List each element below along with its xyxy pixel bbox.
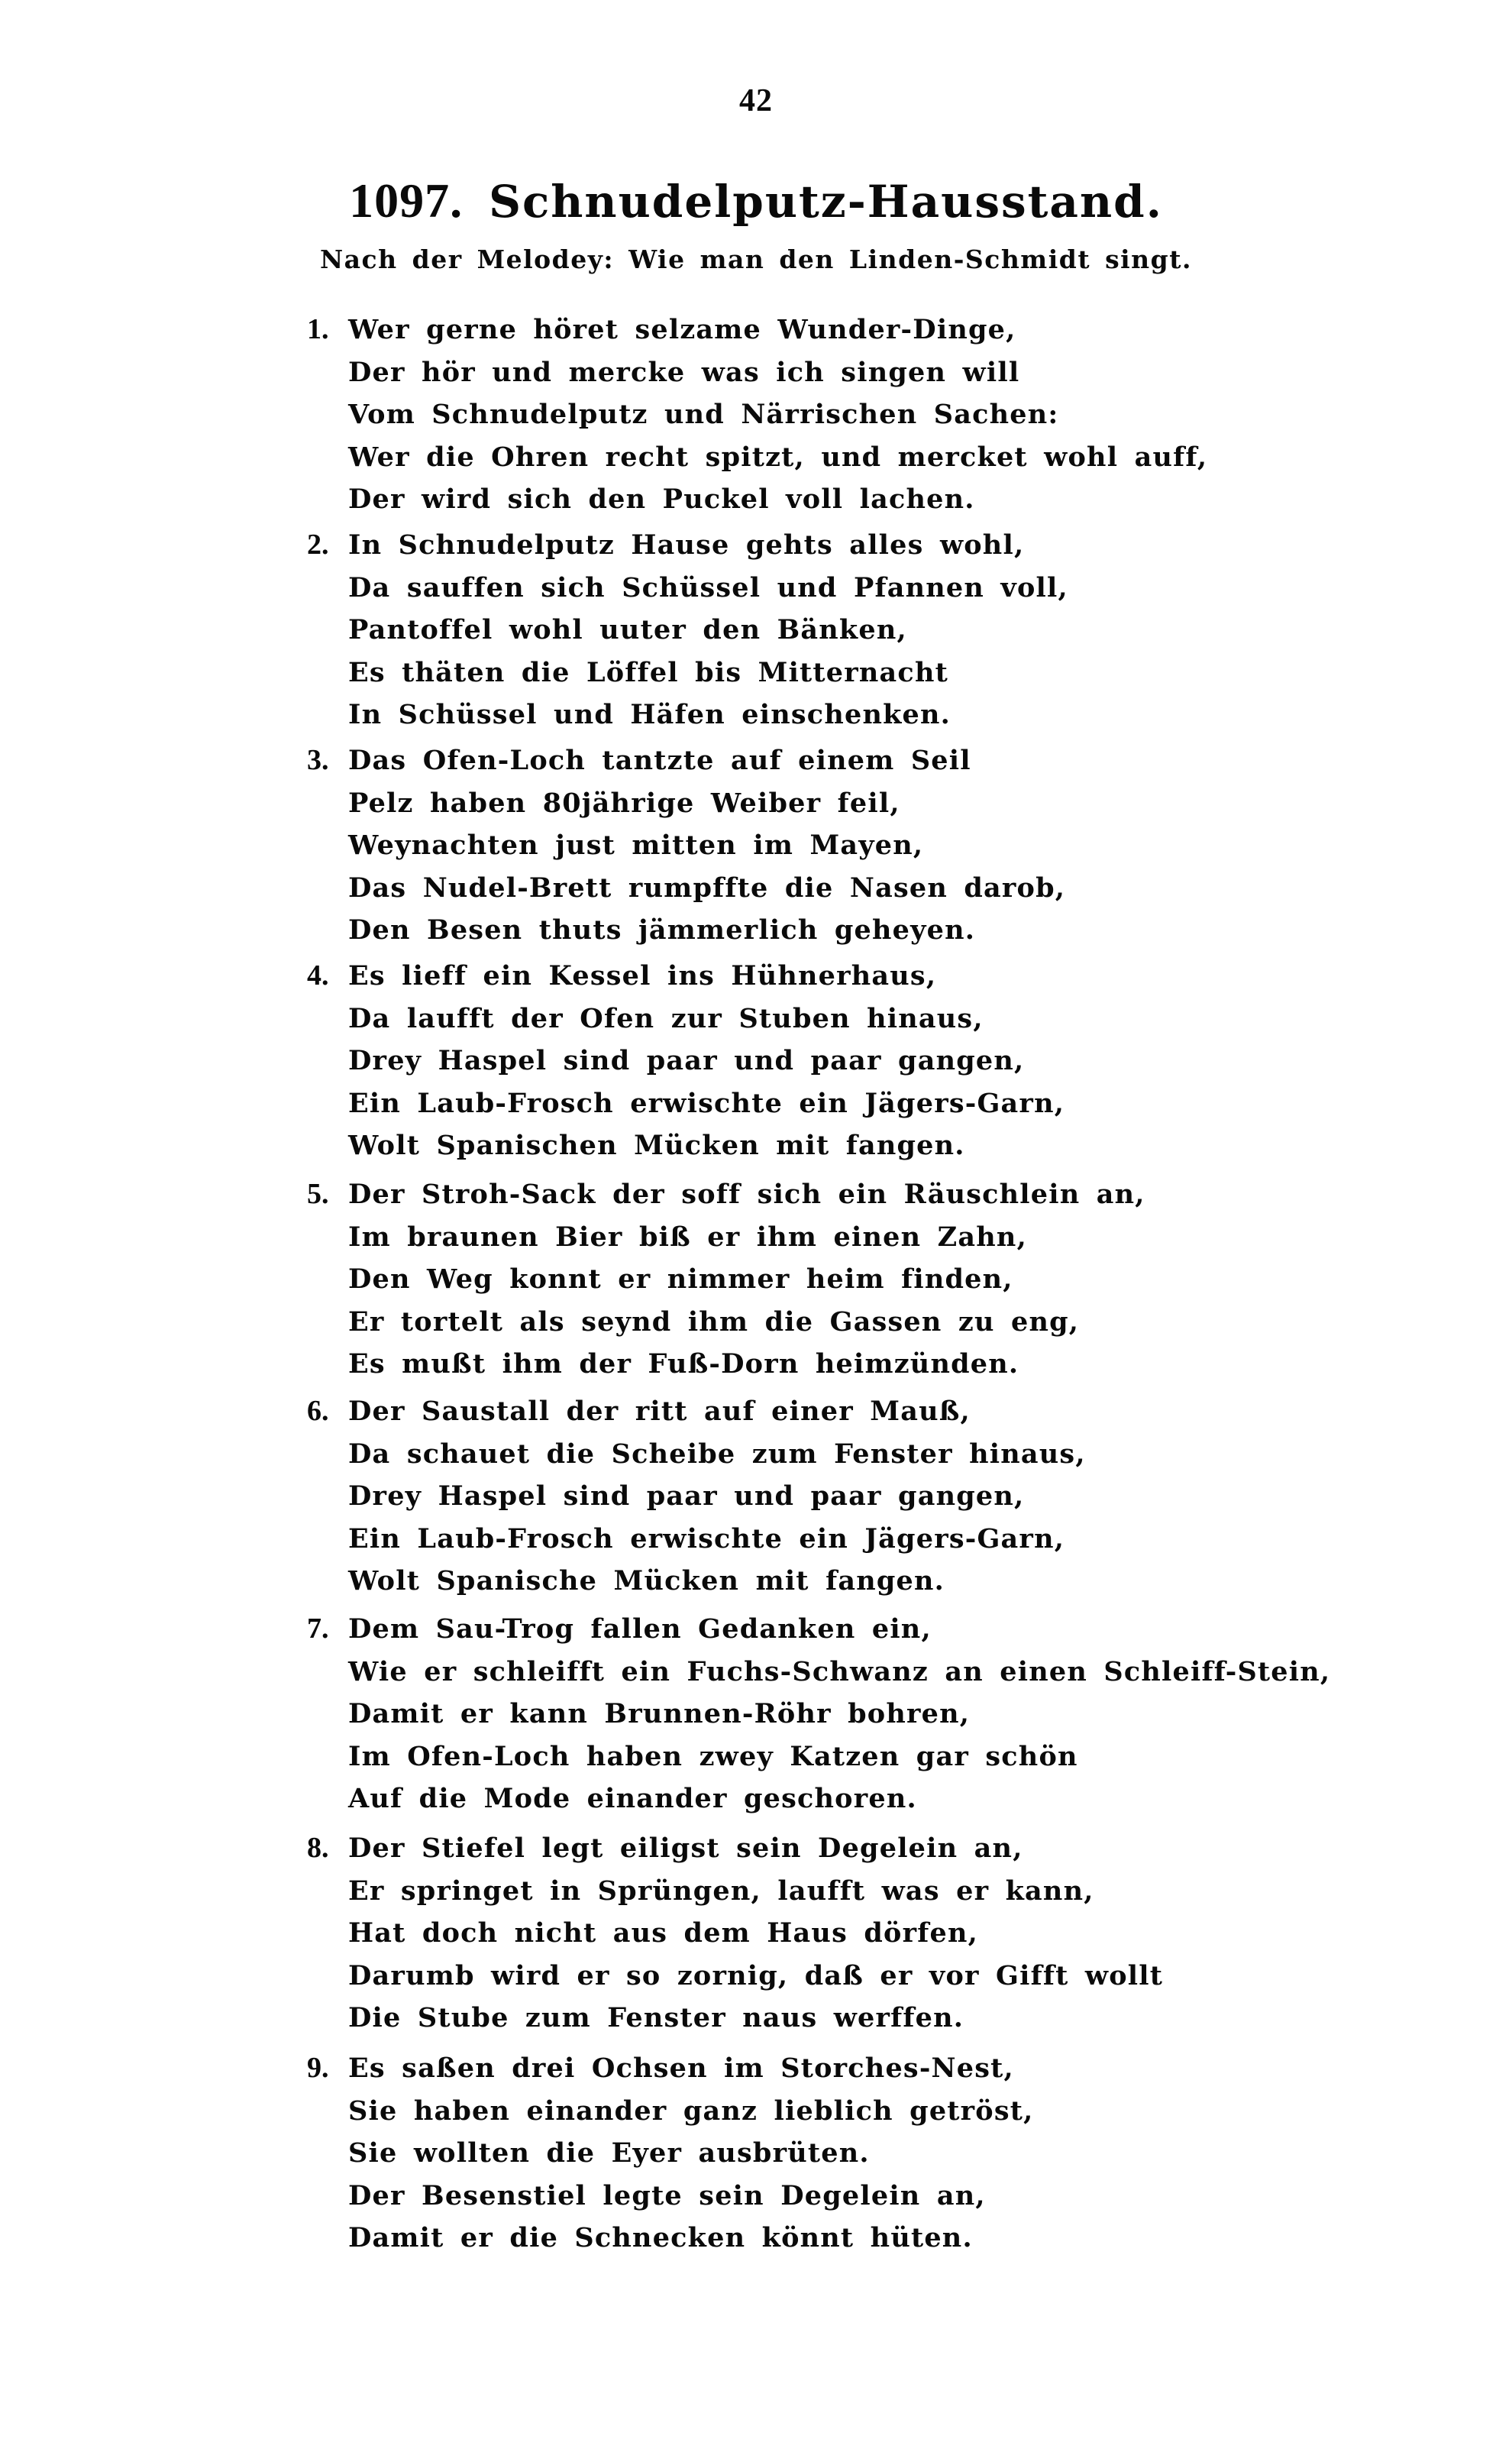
verse-line: Wer die Ohren recht spitzt, und mercket … — [348, 436, 1207, 479]
verse-line: Es saßen drei Ochsen im Storches-Nest, — [348, 2047, 1034, 2090]
verse-line: Vom Schnudelputz und Närrischen Sachen: — [348, 393, 1207, 436]
verse-line: Ein Laub-Frosch erwischte ein Jägers-Gar… — [348, 1518, 1086, 1561]
verse-line: Das Ofen-Loch tantzte auf einem Seil — [348, 739, 1065, 782]
stanza-number: 3. — [307, 739, 329, 781]
verse-line: Der Stiefel legt eiligst sein Degelein a… — [348, 1827, 1163, 1870]
verse-line: Drey Haspel sind paar und paar gangen, — [348, 1475, 1086, 1518]
verse-line: Ein Laub-Frosch erwischte ein Jägers-Gar… — [348, 1082, 1065, 1125]
stanza-lines: In Schnudelputz Hause gehts alles wohl, … — [348, 524, 1068, 736]
verse-line: Der hör und mercke was ich singen will — [348, 351, 1207, 394]
stanza-lines: Der Stroh-Sack der soff sich ein Räuschl… — [348, 1173, 1145, 1386]
verse-line: Den Besen thuts jämmerlich geheyen. — [348, 909, 1065, 952]
stanza-number: 8. — [307, 1827, 329, 1869]
verse-line: Darumb wird er so zornig, daß er vor Gif… — [348, 1955, 1163, 1998]
verse-line: Damit er die Schnecken könnt hüten. — [348, 2217, 1034, 2260]
verse-line: Sie haben einander ganz lieblich getröst… — [348, 2090, 1034, 2133]
stanza-number: 9. — [307, 2047, 329, 2089]
verse-line: Auf die Mode einander geschoren. — [348, 1778, 1330, 1820]
verse-line: Im Ofen-Loch haben zwey Katzen gar schön — [348, 1736, 1330, 1778]
verse-line: Damit er kann Brunnen-Röhr bohren, — [348, 1693, 1330, 1736]
verse-line: Dem Sau-Trog fallen Gedanken ein, — [348, 1608, 1330, 1651]
stanza-lines: Der Stiefel legt eiligst sein Degelein a… — [348, 1827, 1163, 2040]
verse-line: Es lieff ein Kessel ins Hühnerhaus, — [348, 955, 1065, 998]
verse-line: Wie er schleifft ein Fuchs-Schwanz an ei… — [348, 1651, 1330, 1694]
verse-line: Es thäten die Löffel bis Mitternacht — [348, 652, 1068, 694]
verse-line: Der wird sich den Puckel voll lachen. — [348, 478, 1207, 521]
verse-line: In Schnudelputz Hause gehts alles wohl, — [348, 524, 1068, 567]
stanza-number: 4. — [307, 955, 329, 997]
stanza-number: 2. — [307, 524, 329, 566]
stanza-number: 7. — [307, 1608, 329, 1650]
verse-line: Er tortelt als seynd ihm die Gassen zu e… — [348, 1301, 1145, 1344]
verse-line: Es mußt ihm der Fuß-Dorn heimzünden. — [348, 1343, 1145, 1386]
stanza-number: 1. — [307, 309, 329, 351]
stanza-number: 6. — [307, 1390, 329, 1432]
song-name: Schnudelputz-Hausstand. — [489, 176, 1163, 228]
verse-line: Der Besenstiel legte sein Degelein an, — [348, 2175, 1034, 2218]
verse-line: Hat doch nicht aus dem Haus dörfen, — [348, 1912, 1163, 1955]
verse-line: Weynachten just mitten im Mayen, — [348, 824, 1065, 867]
verse-line: Pelz haben 80jährige Weiber feil, — [348, 782, 1065, 825]
verse-line: Den Weg konnt er nimmer heim finden, — [348, 1258, 1145, 1301]
verse-line: Die Stube zum Fenster naus werffen. — [348, 1997, 1163, 2040]
book-page: 42 1097.Schnudelputz-Hausstand. Nach der… — [0, 0, 1512, 2449]
verse-line: Wer gerne höret selzame Wunder-Dinge, — [348, 309, 1207, 351]
verse-line: Da schauet die Scheibe zum Fenster hinau… — [348, 1433, 1086, 1476]
verse-line: Das Nudel-Brett rumpffte die Nasen darob… — [348, 867, 1065, 910]
verse-line: Wolt Spanischen Mücken mit fangen. — [348, 1124, 1065, 1167]
verse-line: Er springet in Sprüngen, laufft was er k… — [348, 1870, 1163, 1913]
verse-line: Wolt Spanische Mücken mit fangen. — [348, 1560, 1086, 1603]
stanza-number: 5. — [307, 1173, 329, 1215]
stanza-lines: Es lieff ein Kessel ins Hühnerhaus, Da l… — [348, 955, 1065, 1167]
verse-line: Im braunen Bier biß er ihm einen Zahn, — [348, 1216, 1145, 1259]
verse-line: In Schüssel und Häfen einschenken. — [348, 694, 1068, 736]
stanza-lines: Dem Sau-Trog fallen Gedanken ein, Wie er… — [348, 1608, 1330, 1820]
stanza-lines: Das Ofen-Loch tantzte auf einem Seil Pel… — [348, 739, 1065, 952]
stanza-lines: Wer gerne höret selzame Wunder-Dinge, De… — [348, 309, 1207, 521]
stanza-lines: Der Saustall der ritt auf einer Mauß, Da… — [348, 1390, 1086, 1603]
song-title: 1097.Schnudelputz-Hausstand. — [0, 173, 1512, 229]
verse-line: Drey Haspel sind paar und paar gangen, — [348, 1040, 1065, 1082]
verse-line: Da laufft der Ofen zur Stuben hinaus, — [348, 998, 1065, 1040]
verse-line: Pantoffel wohl uuter den Bänken, — [348, 609, 1068, 652]
stanza-lines: Es saßen drei Ochsen im Storches-Nest, S… — [348, 2047, 1034, 2260]
song-number: 1097. — [349, 173, 463, 228]
verse-line: Der Stroh-Sack der soff sich ein Räuschl… — [348, 1173, 1145, 1216]
verse-line: Sie wollten die Eyer ausbrüten. — [348, 2132, 1034, 2175]
melody-note: Nach der Melodey: Wie man den Linden-Sch… — [0, 244, 1512, 274]
verse-line: Da sauffen sich Schüssel und Pfannen vol… — [348, 567, 1068, 610]
verse-line: Der Saustall der ritt auf einer Mauß, — [348, 1390, 1086, 1433]
page-number: 42 — [0, 82, 1512, 119]
